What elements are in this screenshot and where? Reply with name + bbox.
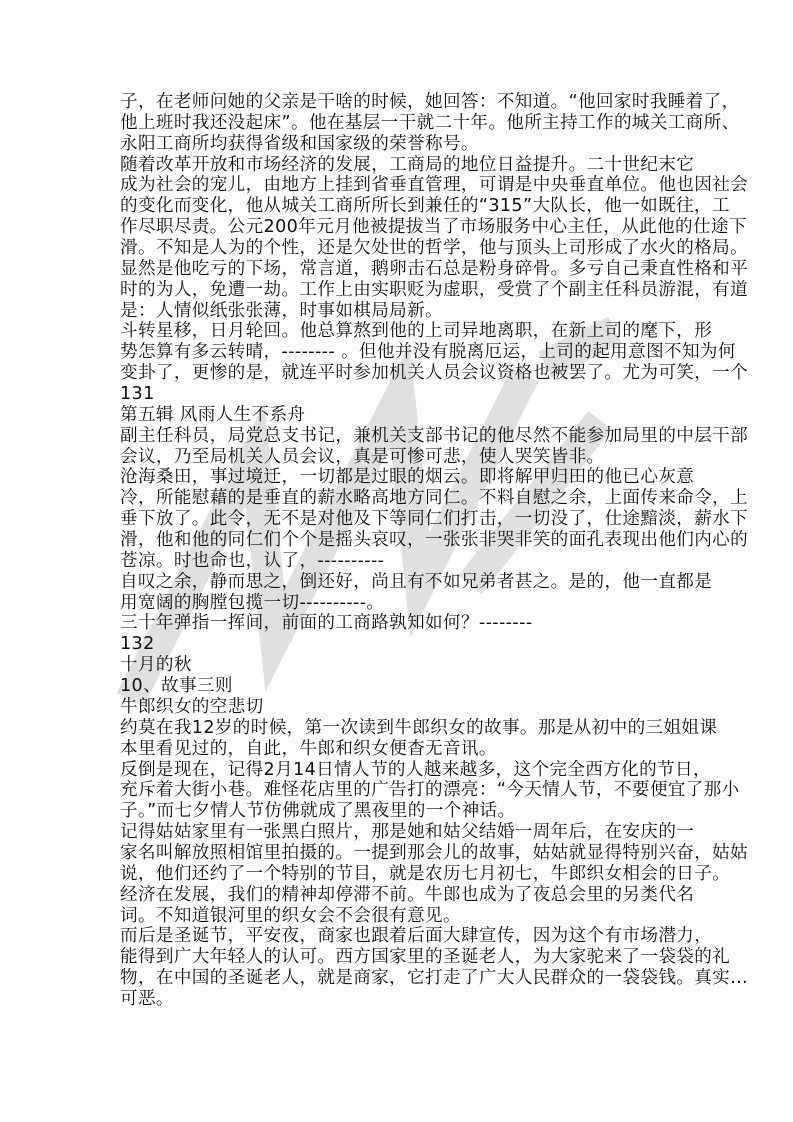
text-line: 斗转星移，日月轮回。他总算熬到他的上司异地离职，在新上司的麾下，形 (120, 321, 680, 342)
text-line: 能得到广大年轻人的认可。西方国家里的圣诞老人，为大家驼来了一袋袋的礼 (120, 947, 680, 968)
page-number: 132 (120, 634, 680, 655)
text-line: 永阳工商所均获得省级和国家级的荣誉称号。 (120, 134, 680, 155)
text-line: 本里看见过的，自此，牛郎和织女便杳无音讯。 (120, 739, 680, 760)
section-header: 十月的秋 (120, 655, 680, 676)
text-line: 说，他们还约了一个特别的节目，就是农历七月初七，牛郎织女相会的日子。 (120, 864, 680, 885)
text-line: 物，在中国的圣诞老人，就是商家，它打走了广大人民群众的一袋袋钱。真实… (120, 968, 680, 989)
text-line: 势怎算有多云转晴，-------- 。但他并没有脱离厄运，上司的起用意图不知为何 (120, 342, 680, 363)
text-line: 苍凉。时也命也，认了，---------- (120, 551, 680, 572)
text-line: 而后是圣诞节，平安夜，商家也跟着后面大肆宣传，因为这个有市场潜力， (120, 926, 680, 947)
chapter-title: 10、故事三则 (120, 676, 680, 697)
text-line: 经济在发展，我们的精神却停滞不前。牛郎也成为了夜总会里的另类代名 (120, 885, 680, 906)
text-line: 沧海桑田，事过境迁，一切都是过眼的烟云。即将解甲归田的他已心灰意 (120, 467, 680, 488)
text-line: 记得姑姑家里有一张黑白照片，那是她和姑父结婚一周年后，在安庆的一 (120, 822, 680, 843)
text-line: 滑，他和他的同仁们个个是摇头哀叹，一张张非哭非笑的面孔表现出他们内心的 (120, 530, 680, 551)
text-line: 三十年弹指一挥间，前面的工商路孰知如何？-------- (120, 613, 680, 634)
text-line: 作尽职尽责。公元200年元月他被提拔当了市场服务中心主任，从此他的仕途下 (120, 217, 680, 238)
text-line: 时的为人，免遭一劫。工作上由实职贬为虚职，受赏了个副主任科员游混，有道 (120, 280, 680, 301)
text-line: 他上班时我还没起床”。他在基层一干就二十年。他所主持工作的城关工商所、 (120, 113, 680, 134)
text-line: 显然是他吃亏的下场，常言道，鹅卵击石总是粉身碎骨。多亏自己秉直性格和平 (120, 259, 680, 280)
text-line: 可恶。 (120, 989, 680, 1010)
text-line: 变卦了，更惨的是，就连平时参加机关人员会议资格也被罢了。尤为可笑，一个 (120, 363, 680, 384)
text-line: 家名叫解放照相馆里拍摄的。一提到那会儿的故事，姑姑就显得特别兴奋，姑姑 (120, 843, 680, 864)
text-line: 约莫在我12岁的时候，第一次读到牛郎织女的故事。那是从初中的三姐姐课 (120, 718, 680, 739)
text-line: 充斥着大街小巷。难怪花店里的广告打的漂亮：“今天情人节，不要便宜了那小 (120, 780, 680, 801)
text-line: 滑。不知是人为的个性，还是欠处世的哲学，他与顶头上司形成了水火的格局。 (120, 238, 680, 259)
text-line: 随着改革开放和市场经济的发展，工商局的地位日益提升。二十世纪末它 (120, 155, 680, 176)
section-header: 第五辑 风雨人生不系舟 (120, 405, 680, 426)
text-line: 词。不知道银河里的织女会不会很有意见。 (120, 906, 680, 927)
text-line: 冷，所能慰藉的是垂直的薪水略高地方同仁。不料自慰之余，上面传来命令，上 (120, 488, 680, 509)
text-line: 会议，乃至局机关人员会议，真是可惨可悲，使人哭笑皆非。 (120, 447, 680, 468)
story-title: 牛郎织女的空悲切 (120, 697, 680, 718)
text-line: 反倒是现在，记得2月14日情人节的人越来越多，这个完全西方化的节日， (120, 760, 680, 781)
document-page: 子，在老师问她的父亲是干啥的时候，她回答：不知道。“他回家时我睡着了， 他上班时… (0, 0, 793, 1122)
text-line: 子，在老师问她的父亲是干啥的时候，她回答：不知道。“他回家时我睡着了， (120, 92, 680, 113)
document-body: 子，在老师问她的父亲是干啥的时候，她回答：不知道。“他回家时我睡着了， 他上班时… (120, 92, 680, 1010)
text-line: 成为社会的宠儿，由地方上挂到省垂直管理，可谓是中央垂直单位。他也因社会 (120, 175, 680, 196)
text-line: 副主任科员，局党总支书记，兼机关支部书记的他尽然不能参加局里的中层干部 (120, 426, 680, 447)
text-line: 的变化而变化，他从城关工商所所长到兼任的“315”大队长，他一如既往，工 (120, 196, 680, 217)
text-line: 垂下放了。此令，无不是对他及下等同仁们打击，一切没了，仕途黯淡，薪水下 (120, 509, 680, 530)
text-line: 是：人情似纸张张薄，时事如棋局局新。 (120, 301, 680, 322)
page-number: 131 (120, 384, 680, 405)
text-line: 用宽阔的胸膛包揽一切----------。 (120, 593, 680, 614)
text-line: 自叹之余，静而思之，倒还好，尚且有不如兄弟者甚之。是的，他一直都是 (120, 572, 680, 593)
text-line: 子。”而七夕情人节仿佛就成了黑夜里的一个神话。 (120, 801, 680, 822)
